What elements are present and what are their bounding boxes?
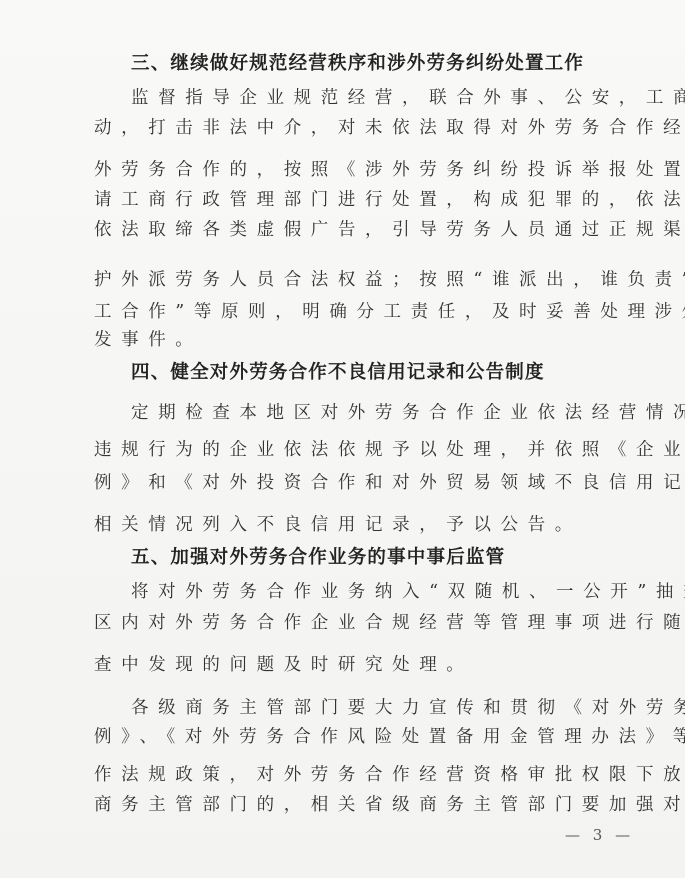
paragraph-line: 监督指导企业规范经营，联合外事、公安，工商等部门形成联 (131, 86, 624, 110)
paragraph-line: 外劳务合作的，按照《涉外劳务纠纷投诉举报处置办法》的规定，提 (94, 158, 624, 182)
paragraph-line: 例》和《对外投资合作和对外贸易领域不良信用记录试行办法》，将 (94, 471, 624, 495)
paragraph-line: 请工商行政管理部门进行处置，构成犯罪的，依法追究刑事责任； (94, 188, 624, 212)
paragraph-line: 发事件。 (94, 328, 624, 352)
paragraph-line: 依法取缔各类虚假广告，引导劳务人员通过正规渠道出国务工，保 (94, 218, 624, 242)
paragraph-line: 作法规政策，对外劳务合作经营资格审批权限下放至设区的市级 (94, 763, 624, 787)
paragraph-line: 违规行为的企业依法依规予以处理，并依照《企业信息公示暂行条 (94, 438, 624, 462)
paragraph-line: 将对外劳务合作业务纳入“双随机、一公开”抽查范围，对辖 (131, 580, 624, 604)
section-heading-4: 四、健全对外劳务合作不良信用记录和公告制度 (131, 361, 545, 385)
section-heading-5: 五、加强对外劳务合作业务的事中事后监管 (131, 546, 505, 570)
page-number: — 3 — (565, 826, 634, 844)
section-heading-3: 三、继续做好规范经营秩序和涉外劳务纠纷处置工作 (131, 52, 584, 76)
paragraph-line: 动，打击非法中介，对未依法取得对外劳务合作经营资格，从事对 (94, 116, 624, 140)
paragraph-line: 定期检查本地区对外劳务合作企业依法经营情况，对有违法 (131, 401, 624, 425)
paragraph-line: 各级商务主管部门要大力宣传和贯彻《对外劳务合作管理条 (131, 696, 624, 720)
paragraph-line: 工合作”等原则，明确分工责任，及时妥善处理涉外劳务纠纷和突 (94, 300, 624, 324)
paragraph-line: 查中发现的问题及时研究处理。 (94, 653, 624, 677)
paragraph-line: 相关情况列入不良信用记录，予以公告。 (94, 513, 624, 537)
paragraph-line: 商务主管部门的，相关省级商务主管部门要加强对其各项管理工 (94, 793, 624, 817)
document-page: 三、继续做好规范经营秩序和涉外劳务纠纷处置工作 监督指导企业规范经营，联合外事、… (0, 0, 685, 878)
paragraph-line: 护外派劳务人员合法权益；按照“谁派出，谁负责”和“属地管理、分 (94, 268, 624, 292)
paragraph-line: 例》、《对外劳务合作风险处置备用金管理办法》等各项对外劳务合 (94, 725, 624, 749)
paragraph-line: 区内对外劳务合作企业合规经营等管理事项进行随机抽查，对抽 (94, 611, 624, 635)
